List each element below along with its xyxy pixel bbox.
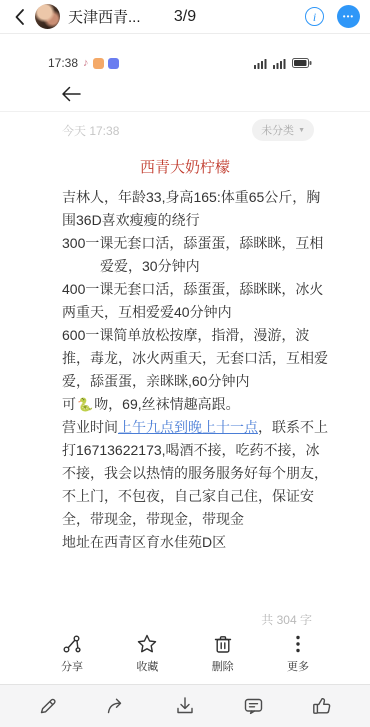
contact-title: 天津西青... bbox=[68, 6, 141, 27]
category-selector[interactable]: 未分类 ▼ bbox=[252, 119, 314, 141]
app-bottom-bar bbox=[0, 684, 370, 727]
inner-status-bar: 17:38 ♪ bbox=[48, 56, 312, 70]
viewed-screenshot: 17:38 ♪ 今天 17:38 未分类 ▼ 西青大奶柠檬 吉林人，年龄3 bbox=[0, 56, 370, 554]
note-line: 300一课无套口活，舔蛋蛋，舔眯眯，互相 bbox=[62, 232, 318, 255]
note-line: 打16713622173,喝酒不接，吃药不接，冰 bbox=[62, 439, 318, 462]
business-hours-link[interactable]: 上午九点到晚上十一点 bbox=[118, 419, 258, 435]
share-button[interactable]: 分享 bbox=[46, 633, 98, 674]
note-line: 围36D喜欢瘦瘦的绕行 bbox=[62, 209, 318, 232]
note-timestamp: 今天 17:38 bbox=[62, 122, 119, 139]
delete-button[interactable]: 删除 bbox=[197, 633, 249, 674]
delete-label: 删除 bbox=[212, 658, 234, 674]
info-icon: i bbox=[313, 11, 316, 23]
share-label: 分享 bbox=[61, 658, 83, 674]
snake-emoji: 🐍 bbox=[77, 397, 93, 412]
note-line: 吉林人，年龄33,身高165:体重65公斤，胸 bbox=[62, 186, 318, 209]
image-page-indicator: 3/9 bbox=[174, 8, 196, 26]
note-line: 推，毒龙，冰火两重天，无套口活，互相爱 bbox=[62, 347, 318, 370]
chevron-left-icon bbox=[14, 8, 25, 26]
more-tools-label: 更多 bbox=[287, 658, 309, 674]
comment-icon bbox=[242, 695, 265, 717]
inner-back-button[interactable] bbox=[60, 86, 370, 102]
download-button[interactable] bbox=[165, 689, 205, 723]
note-body: 吉林人，年龄33,身高165:体重65公斤，胸围36D喜欢瘦瘦的绕行300一课无… bbox=[62, 186, 318, 554]
share-nodes-icon bbox=[61, 633, 83, 655]
contact-avatar[interactable] bbox=[35, 4, 60, 29]
category-label: 未分类 bbox=[261, 122, 294, 138]
more-dots-icon: ••• bbox=[343, 12, 354, 21]
music-note-icon: ♪ bbox=[83, 57, 89, 69]
app-top-bar: 天津西青... 3/9 i ••• bbox=[0, 0, 370, 34]
notification-app-icon-blue bbox=[108, 58, 119, 69]
status-time: 17:38 bbox=[48, 56, 78, 70]
divider bbox=[0, 111, 370, 112]
signal-icon bbox=[273, 58, 286, 69]
more-tools-button[interactable]: 更多 bbox=[272, 633, 324, 674]
favorite-button[interactable]: 收藏 bbox=[121, 633, 173, 674]
notification-app-icon-orange bbox=[93, 58, 104, 69]
char-count: 共 304 字 bbox=[261, 611, 312, 628]
note-line: 爱爱，30分钟内 bbox=[62, 255, 318, 278]
note-line: 爱，舔蛋蛋，亲眯眯,60分钟内 bbox=[62, 370, 318, 393]
pencil-icon bbox=[37, 695, 59, 717]
note-line: 可🐍吻，69,丝袜情趣高跟。 bbox=[62, 393, 318, 416]
note-title: 西青大奶柠檬 bbox=[0, 156, 370, 177]
forward-button[interactable] bbox=[97, 689, 137, 723]
info-button[interactable]: i bbox=[305, 7, 324, 26]
note-line: 600一课简单放松按摩，指滑，漫游，波 bbox=[62, 324, 318, 347]
thumbs-up-icon bbox=[311, 695, 333, 717]
trash-icon bbox=[212, 633, 234, 655]
note-line: 地址在西青区育水佳苑D区 bbox=[62, 531, 318, 554]
forward-arrow-icon bbox=[105, 695, 129, 717]
note-line: 不上门，不包夜，自己家自己住，保证安 bbox=[62, 485, 318, 508]
note-toolbar: 分享 收藏 删除 bbox=[0, 633, 370, 674]
star-icon bbox=[136, 633, 158, 655]
chevron-down-icon: ▼ bbox=[298, 127, 305, 134]
download-icon bbox=[174, 695, 196, 717]
note-line: 全，带现金，带现金，带现金 bbox=[62, 508, 318, 531]
note-meta-row: 今天 17:38 未分类 ▼ bbox=[62, 119, 314, 141]
favorite-label: 收藏 bbox=[136, 658, 158, 674]
battery-icon bbox=[292, 58, 312, 68]
note-line: 400一课无套口活，舔蛋蛋，舔眯眯，冰火 bbox=[62, 278, 318, 301]
signal-icon bbox=[254, 58, 267, 69]
edit-button[interactable] bbox=[28, 689, 68, 723]
arrow-left-icon bbox=[60, 86, 370, 102]
note-line: 不接，我会以热情的服务服务好每个朋友， bbox=[62, 462, 318, 485]
like-button[interactable] bbox=[302, 689, 342, 723]
note-line: 营业时间上午九点到晚上十一点，联系不上 bbox=[62, 416, 318, 439]
note-line: 两重天，互相爱爱40分钟内 bbox=[62, 301, 318, 324]
comment-button[interactable] bbox=[233, 689, 273, 723]
back-button[interactable] bbox=[10, 6, 29, 28]
ellipsis-vertical-icon bbox=[287, 633, 309, 655]
more-button[interactable]: ••• bbox=[337, 5, 360, 28]
